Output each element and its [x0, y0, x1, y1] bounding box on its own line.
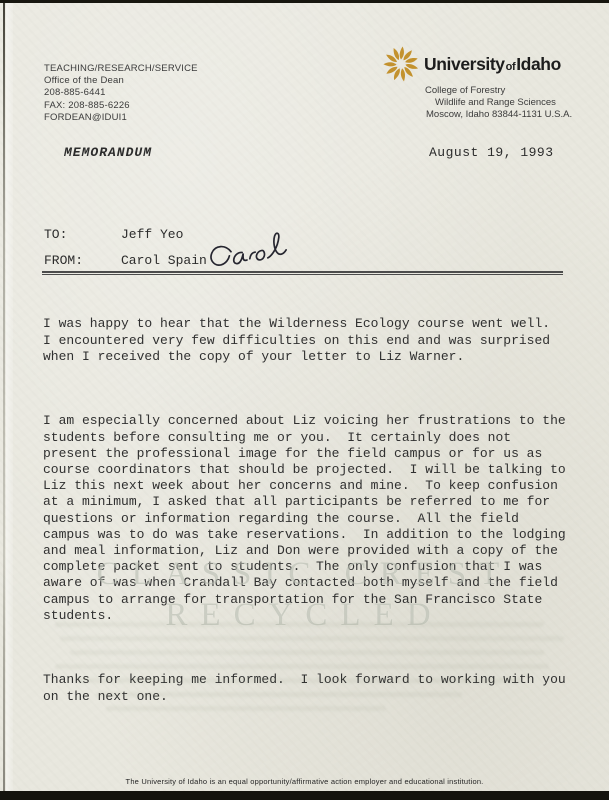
scanned-memo-page: TEACHING/RESEARCH/SERVICE Office of the … — [0, 0, 609, 800]
equal-opportunity-footer: The University of Idaho is an equal oppo… — [0, 777, 609, 786]
from-value: Carol Spain — [121, 253, 207, 268]
department-email: FORDEAN@IDUI1 — [44, 112, 198, 124]
scan-edge-left — [3, 0, 5, 791]
memo-divider-rule — [42, 271, 563, 275]
memo-date: August 19, 1993 — [429, 145, 554, 160]
department-line: TEACHING/RESEARCH/SERVICE — [44, 63, 198, 75]
to-label: TO: — [44, 227, 121, 242]
university-logo-block: UniversityofIdaho College of Forestry Wi… — [381, 44, 586, 120]
sunburst-icon — [381, 44, 421, 84]
college-line: College of Forestry — [425, 85, 586, 97]
department-phone: 208-885-6441 — [44, 87, 198, 99]
department-line: Wildlife and Range Sciences — [435, 97, 586, 109]
to-value: Jeff Yeo — [121, 227, 183, 242]
memo-doc-type: MEMORANDUM — [64, 145, 152, 160]
memo-to-row: TO:Jeff Yeo — [44, 227, 207, 253]
paper-fold-highlight — [6, 0, 13, 791]
letterhead-address-block: College of Forestry Wildlife and Range S… — [425, 85, 586, 120]
logotype-part: of — [505, 61, 517, 73]
logotype-part: Idaho — [516, 54, 561, 74]
reverse-side-bleed-through — [55, 622, 564, 720]
memo-from-row: FROM:Carol Spain — [44, 253, 207, 279]
paper-watermark-line1: CLASSIC CREST — [0, 556, 609, 593]
department-fax: FAX: 208-885-6226 — [44, 100, 198, 112]
letterhead-department-block: TEACHING/RESEARCH/SERVICE Office of the … — [44, 63, 198, 124]
from-label: FROM: — [44, 253, 121, 268]
scan-edge-bottom — [0, 791, 609, 800]
scan-edge-top — [0, 0, 609, 3]
department-line: Office of the Dean — [44, 75, 198, 87]
city-line: Moscow, Idaho 83844-1131 U.S.A. — [426, 109, 586, 121]
logotype-part: University — [424, 54, 505, 74]
body-paragraph: I was happy to hear that the Wilderness … — [43, 316, 588, 365]
university-logotype: UniversityofIdaho — [424, 54, 561, 75]
